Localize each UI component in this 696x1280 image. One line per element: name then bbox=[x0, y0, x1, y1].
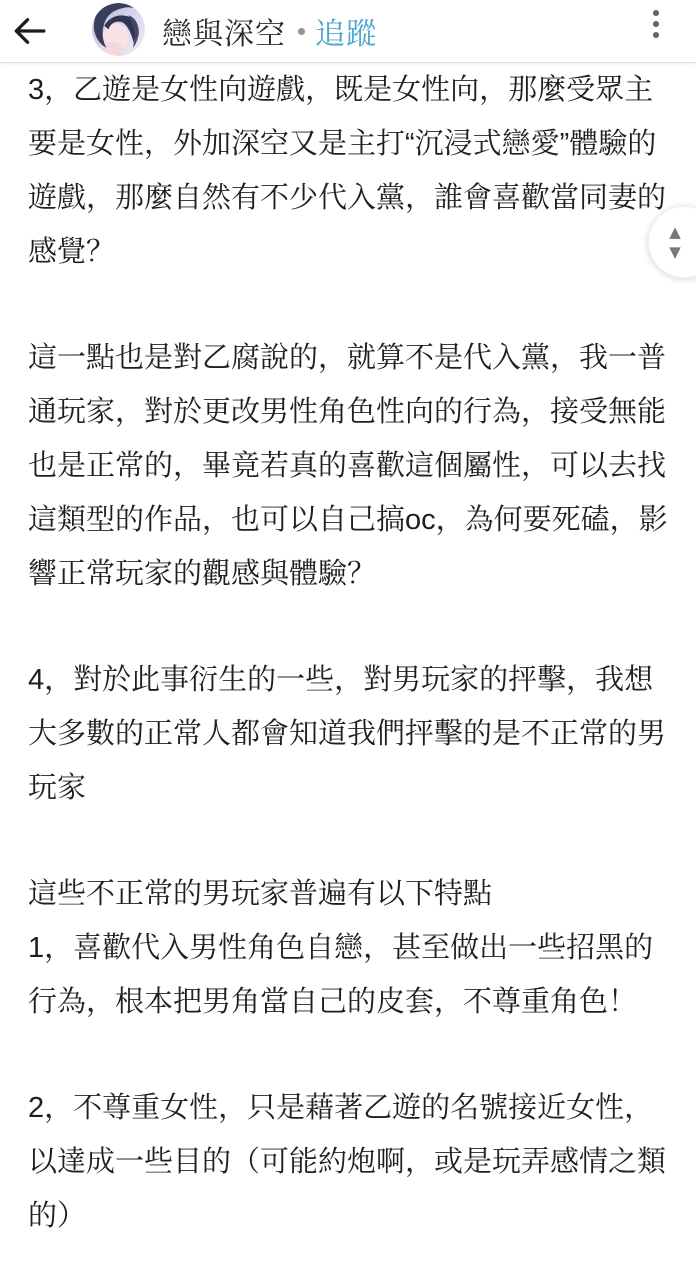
text-line: 的） bbox=[28, 1189, 670, 1243]
avatar[interactable] bbox=[92, 3, 145, 56]
scroll-up-icon[interactable]: ▲ bbox=[669, 225, 681, 240]
text-line: 這些不正常的男玩家普遍有以下特點 bbox=[28, 867, 670, 921]
text-line: 玩家 bbox=[28, 761, 670, 815]
text-line: 響正常玩家的觀感與體驗？ bbox=[28, 547, 670, 601]
post-paragraph: 4，對於此事衍生的一些，對男玩家的抨擊，我想大多數的正常人都會知道我們抨擊的是不… bbox=[28, 653, 670, 815]
community-avatar-icon bbox=[92, 3, 145, 56]
kebab-menu-icon bbox=[653, 10, 659, 16]
post-screen: 戀與深空 • 追蹤 3，乙遊是女性向遊戲，既是女性向，那麼受眾主要是女性，外加深… bbox=[0, 0, 696, 1280]
arrow-left-icon bbox=[12, 15, 46, 47]
text-line: 以達成一些目的（可能約炮啊，或是玩弄感情之類 bbox=[28, 1135, 670, 1189]
kebab-menu-button[interactable] bbox=[634, 0, 678, 50]
text-line: 感覺？ bbox=[28, 225, 670, 279]
scroll-down-icon[interactable]: ▼ bbox=[669, 245, 681, 260]
post-paragraph: 2，不尊重女性，只是藉著乙遊的名號接近女性，以達成一些目的（可能約炮啊，或是玩弄… bbox=[28, 1081, 670, 1243]
text-line: 要是女性，外加深空又是主打“沉浸式戀愛”體驗的 bbox=[28, 117, 670, 171]
text-line: 行為，根本把男角當自己的皮套，不尊重角色！ bbox=[28, 975, 670, 1029]
text-line: 1，喜歡代入男性角色自戀，甚至做出一些招黑的 bbox=[28, 921, 670, 975]
text-line: 大多數的正常人都會知道我們抨擊的是不正常的男 bbox=[28, 707, 670, 761]
text-line: 這類型的作品，也可以自己搞oc，為何要死磕，影 bbox=[28, 493, 670, 547]
text-line: 2，不尊重女性，只是藉著乙遊的名號接近女性， bbox=[28, 1081, 670, 1135]
text-line: 遊戲，那麼自然有不少代入黨，誰會喜歡當同妻的 bbox=[28, 171, 670, 225]
app-bar: 戀與深空 • 追蹤 bbox=[0, 0, 696, 63]
text-line: 這一點也是對乙腐說的，就算不是代入黨，我一普 bbox=[28, 331, 670, 385]
post-paragraph: 3，乙遊是女性向遊戲，既是女性向，那麼受眾主要是女性，外加深空又是主打“沉浸式戀… bbox=[28, 63, 670, 279]
community-title[interactable]: 戀與深空 bbox=[162, 9, 286, 53]
text-line: 通玩家，對於更改男性角色性向的行為，接受無能 bbox=[28, 385, 670, 439]
follow-button[interactable]: 追蹤 bbox=[315, 9, 377, 53]
post-paragraph: 這些不正常的男玩家普遍有以下特點1，喜歡代入男性角色自戀，甚至做出一些招黑的行為… bbox=[28, 867, 670, 1029]
back-button[interactable] bbox=[0, 0, 58, 63]
text-line: 3，乙遊是女性向遊戲，既是女性向，那麼受眾主 bbox=[28, 63, 670, 117]
text-line: 4，對於此事衍生的一些，對男玩家的抨擊，我想 bbox=[28, 653, 670, 707]
post-body: 3，乙遊是女性向遊戲，既是女性向，那麼受眾主要是女性，外加深空又是主打“沉浸式戀… bbox=[0, 63, 696, 1243]
text-line: 也是正常的，畢竟若真的喜歡這個屬性，可以去找 bbox=[28, 439, 670, 493]
dot-separator: • bbox=[297, 18, 306, 44]
post-paragraph: 這一點也是對乙腐說的，就算不是代入黨，我一普通玩家，對於更改男性角色性向的行為，… bbox=[28, 331, 670, 601]
